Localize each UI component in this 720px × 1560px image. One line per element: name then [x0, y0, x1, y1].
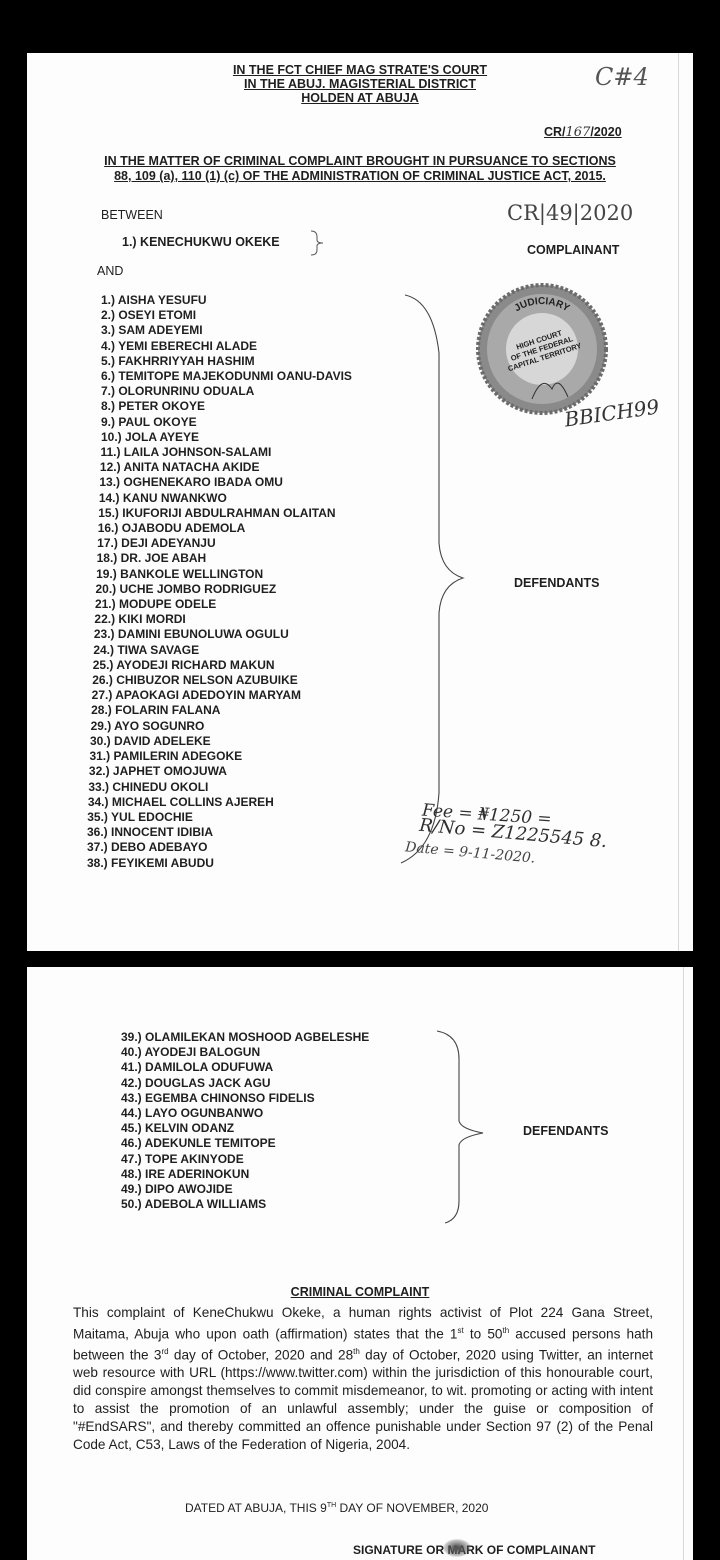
- defendant-item: 50.) ADEBOLA WILLIAMS: [121, 1197, 369, 1212]
- defendant-item: 13.) OGHENEKARO IBADA OMU: [99, 475, 352, 490]
- court-header-line-2: IN THE ABUJ. MAGISTERIAL DISTRICT: [27, 77, 693, 91]
- handwritten-corner-mark: C#4: [595, 63, 649, 91]
- defendant-item: 22.) KIKI MORDI: [94, 612, 352, 627]
- defendant-item: 43.) EGEMBA CHINONSO FIDELIS: [121, 1091, 369, 1106]
- complaint-text: day of October, 2020 using Twitter, an i…: [73, 1348, 653, 1452]
- defendants-label-page-2: DEFENDANTS: [523, 1124, 608, 1138]
- defendant-item: 33.) CHINEDU OKOLI: [88, 780, 352, 795]
- defendant-item: 6.) TEMITOPE MAJEKODUNMI OANU-DAVIS: [101, 369, 352, 384]
- defendant-item: 17.) DEJI ADEYANJU: [97, 536, 352, 551]
- defendant-item: 40.) AYODEJI BALOGUN: [121, 1045, 369, 1060]
- scan-edge: [683, 967, 684, 1560]
- complaint-sup: th: [353, 1347, 360, 1356]
- handwritten-case-ref: CR|49|2020: [507, 201, 633, 225]
- defendant-item: 15.) IKUFORIJI ABDULRAHMAN OLAITAN: [98, 506, 352, 521]
- court-seal: JUDICIARY HIGH COURT OF THE FEDERAL CAPI…: [472, 279, 612, 419]
- defendant-item: 26.) CHIBUZOR NELSON AZUBUIKE: [92, 673, 352, 688]
- dated-text: DAY OF NOVEMBER, 2020: [336, 1501, 488, 1515]
- defendant-item: 37.) DEBO ADEBAYO: [87, 840, 352, 855]
- matter-line-1: IN THE MATTER OF CRIMINAL COMPLAINT BROU…: [27, 154, 693, 169]
- defendants-bracket-icon: [397, 293, 467, 868]
- complainant-label: COMPLAINANT: [527, 243, 619, 257]
- defendant-item: 48.) IRE ADERINOKUN: [121, 1167, 369, 1182]
- court-header-line-3: HOLDEN AT ABUJA: [27, 91, 693, 105]
- defendant-item: 12.) ANITA NATACHA AKIDE: [100, 460, 352, 475]
- complaint-body: This complaint of KeneChukwu Okeke, a hu…: [73, 1304, 653, 1453]
- defendant-item: 35.) YUL EDOCHIE: [87, 810, 352, 825]
- defendant-item: 49.) DIPO AWOJIDE: [121, 1182, 369, 1197]
- defendants-bracket-icon-page-2: [407, 1029, 497, 1224]
- defendant-item: 20.) UCHE JOMBO RODRIGUEZ: [96, 582, 352, 597]
- defendant-item: 7.) OLORUNRINU ODUALA: [101, 384, 352, 399]
- complaint-text: day of October, 2020 and 28: [169, 1348, 354, 1363]
- defendants-label: DEFENDANTS: [514, 576, 599, 590]
- criminal-complaint-title: CRIMINAL COMPLAINT: [27, 1285, 693, 1299]
- scan-edge: [678, 53, 679, 951]
- complainant-bracket-icon: [309, 229, 327, 257]
- document-page-1: IN THE FCT CHIEF MAG STRATE'S COURT IN T…: [27, 53, 693, 951]
- and-label: AND: [97, 264, 123, 278]
- defendant-item: 39.) OLAMILEKAN MOSHOOD AGBELESHE: [121, 1030, 369, 1045]
- defendant-item: 14.) KANU NWANKWO: [99, 491, 352, 506]
- defendant-item: 31.) PAMILERIN ADEGOKE: [89, 749, 351, 764]
- defendant-item: 38.) FEYIKEMI ABUDU: [87, 856, 352, 871]
- defendant-item: 29.) AYO SOGUNRO: [91, 719, 352, 734]
- dated-line: DATED AT ABUJA, THIS 9TH DAY OF NOVEMBER…: [185, 1501, 488, 1515]
- dated-text: DATED AT ABUJA, THIS 9: [185, 1501, 327, 1515]
- case-number: CR/167/2020: [544, 125, 622, 140]
- defendant-item: 9.) PAUL OKOYE: [101, 415, 352, 430]
- defendant-item: 42.) DOUGLAS JACK AGU: [121, 1076, 369, 1091]
- defendant-item: 16.) OJABODU ADEMOLA: [98, 521, 352, 536]
- defendant-item: 47.) TOPE AKINYODE: [121, 1152, 369, 1167]
- defendant-item: 3.) SAM ADEYEMI: [101, 323, 352, 338]
- defendant-item: 46.) ADEKUNLE TEMITOPE: [121, 1136, 369, 1151]
- complainant-name: 1.) KENECHUKWU OKEKE: [122, 235, 280, 249]
- matter-line-2: 88, 109 (a), 110 (1) (c) OF THE ADMINIST…: [27, 169, 693, 184]
- defendant-item: 45.) KELVIN ODANZ: [121, 1121, 369, 1136]
- defendant-item: 41.) DAMILOLA ODUFUWA: [121, 1060, 369, 1075]
- defendant-item: 23.) DAMINI EBUNOLUWA OGULU: [94, 627, 352, 642]
- defendant-item: 8.) PETER OKOYE: [101, 399, 352, 414]
- dated-sup: TH: [327, 1502, 336, 1509]
- defendants-list-page-1: 1.) AISHA YESUFU2.) OSEYI ETOMI3.) SAM A…: [101, 293, 352, 871]
- defendant-item: 27.) APAOKAGI ADEDOYIN MARYAM: [92, 688, 352, 703]
- defendant-item: 10.) JOLA AYEYE: [101, 430, 352, 445]
- court-seal-icon: JUDICIARY HIGH COURT OF THE FEDERAL CAPI…: [472, 279, 612, 419]
- complaint-text: to 50: [464, 1326, 503, 1341]
- defendant-item: 32.) JAPHET OMOJUWA: [89, 764, 352, 779]
- defendant-item: 44.) LAYO OGUNBANWO: [121, 1106, 369, 1121]
- defendant-item: 25.) AYODEJI RICHARD MAKUN: [93, 658, 352, 673]
- defendant-item: 18.) DR. JOE ABAH: [97, 551, 352, 566]
- defendant-item: 24.) TIWA SAVAGE: [93, 643, 352, 658]
- defendant-item: 5.) FAKHRRIYYAH HASHIM: [101, 354, 352, 369]
- defendant-item: 21.) MODUPE ODELE: [95, 597, 352, 612]
- defendant-item: 11.) LAILA JOHNSON-SALAMI: [100, 445, 351, 460]
- defendant-item: 28.) FOLARIN FALANA: [91, 703, 352, 718]
- defendant-item: 30.) DAVID ADELEKE: [90, 734, 352, 749]
- case-prefix: CR/: [544, 125, 566, 139]
- defendants-list-page-2: 39.) OLAMILEKAN MOSHOOD AGBELESHE40.) AY…: [121, 1030, 369, 1212]
- case-number-handwritten: 167: [566, 125, 591, 140]
- defendant-item: 36.) INNOCENT IDIBIA: [87, 825, 352, 840]
- court-header-line-1: IN THE FCT CHIEF MAG STRATE'S COURT: [27, 63, 693, 77]
- defendant-item: 19.) BANKOLE WELLINGTON: [96, 567, 352, 582]
- defendant-item: 4.) YEMI EBERECHI ALADE: [101, 339, 352, 354]
- signature-mark: [443, 1539, 471, 1557]
- between-label: BETWEEN: [101, 208, 163, 222]
- document-page-2: 39.) OLAMILEKAN MOSHOOD AGBELESHE40.) AY…: [27, 967, 693, 1560]
- signature-label: SIGNATURE OR MARK OF COMPLAINANT: [353, 1543, 595, 1557]
- defendant-item: 1.) AISHA YESUFU: [101, 293, 352, 308]
- case-suffix: /2020: [590, 125, 621, 139]
- defendant-item: 34.) MICHAEL COLLINS AJEREH: [88, 795, 352, 810]
- defendant-item: 2.) OSEYI ETOMI: [101, 308, 352, 323]
- complaint-sup: rd: [161, 1347, 168, 1356]
